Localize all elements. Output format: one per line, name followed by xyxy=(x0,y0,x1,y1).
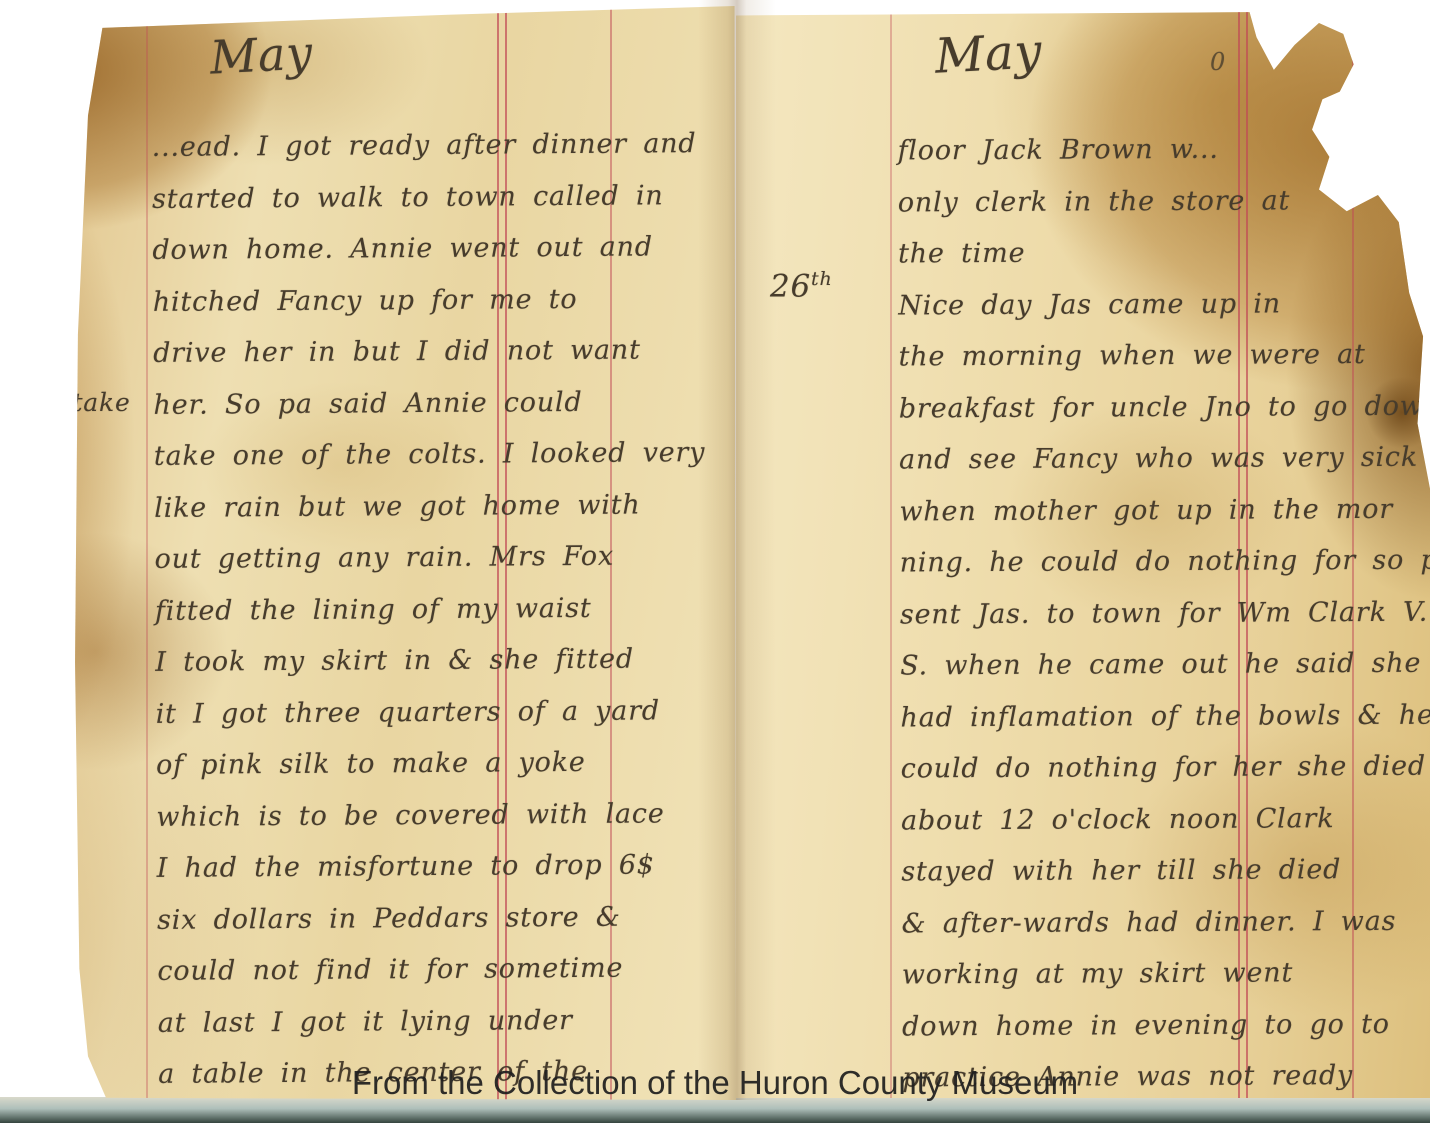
diary-line: could do nothing for her she died xyxy=(901,751,1430,805)
scanned-diary-spread: May to take ...ead. I got ready after di… xyxy=(0,0,1430,1123)
entry-day: 26 xyxy=(770,268,811,304)
diary-line: and see Fancy who was very sick xyxy=(899,442,1430,496)
diary-line: drive her in but I did not want xyxy=(153,334,705,389)
entry-day-suffix: th xyxy=(811,268,832,290)
diary-text-block: ...ead. I got ready after dinner andstar… xyxy=(152,128,710,1110)
diary-line: stayed with her till she died xyxy=(901,854,1430,908)
diary-line: fitted the lining of my waist xyxy=(155,592,707,647)
diary-line: down home. Annie went out and xyxy=(152,231,704,286)
diary-line: her. So pa said Annie could xyxy=(153,386,705,441)
ruled-margin-line xyxy=(146,6,148,1100)
ruled-margin-line xyxy=(890,10,892,1098)
left-page: May to take ...ead. I got ready after di… xyxy=(16,6,736,1100)
month-heading: May xyxy=(209,29,314,80)
diary-line: at last I got it lying under xyxy=(158,1004,710,1059)
diary-line: could not find it for sometime xyxy=(157,952,709,1007)
diary-text-block: floor Jack Brown w...only clerk in the s… xyxy=(897,133,1430,1114)
diary-line: like rain but we got home with xyxy=(154,489,706,544)
diary-line: it I got three quarters of a yard xyxy=(156,695,708,750)
diary-line: when mother got up in the mor xyxy=(899,493,1430,547)
diary-line: the time xyxy=(898,236,1430,290)
diary-line: down home in evening to go to xyxy=(902,1008,1430,1062)
diary-line: Nice day Jas came up in xyxy=(898,287,1430,341)
diary-line: only clerk in the store at xyxy=(898,184,1430,238)
diary-line: S. when he came out he said she xyxy=(900,648,1430,702)
entry-date: 26th xyxy=(770,268,833,304)
diary-line: sent Jas. to town for Wm Clark V. xyxy=(900,596,1430,650)
diary-line: had inflamation of the bowls & he xyxy=(900,699,1430,753)
diary-line: I took my skirt in & she fitted xyxy=(155,643,707,698)
watermark-text: From the Collection of the Huron County … xyxy=(352,1064,1078,1102)
diary-line: ...ead. I got ready after dinner and xyxy=(152,128,704,183)
diary-line: take one of the colts. I looked very xyxy=(154,437,706,492)
month-heading: May xyxy=(934,27,1044,81)
diary-line: ning. he could do nothing for so pa xyxy=(900,545,1430,599)
diary-line: I had the misfortune to drop 6$ xyxy=(157,849,709,904)
diary-line: the morning when we were at xyxy=(899,339,1430,393)
diary-line: & after-wards had dinner. I was xyxy=(901,905,1430,959)
diary-line: which is to be covered with lace xyxy=(156,798,708,853)
diary-line: floor Jack Brown w... xyxy=(897,133,1430,187)
diary-line: six dollars in Peddars store & xyxy=(157,901,709,956)
right-page: May 0 26th floor Jack Brown w...only cle… xyxy=(736,10,1430,1098)
diary-line: about 12 o'clock noon Clark xyxy=(901,802,1430,856)
diary-line: breakfast for uncle Jno to go down xyxy=(899,390,1430,444)
diary-line: of pink silk to make a yoke xyxy=(156,746,708,801)
diary-line: out getting any rain. Mrs Fox xyxy=(154,540,706,595)
diary-line: hitched Fancy up for me to xyxy=(153,283,705,338)
ink-mark: 0 xyxy=(1210,48,1226,76)
diary-line: started to walk to town called in xyxy=(152,180,704,235)
diary-line: working at my skirt went xyxy=(902,957,1430,1011)
